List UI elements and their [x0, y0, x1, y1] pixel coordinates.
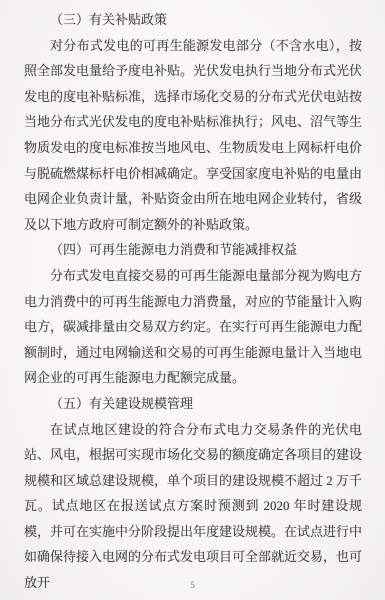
document-page: （三）有关补贴政策 对分布式发电的可再生能源发电部分（不含水电），按照全部发电量…: [0, 0, 385, 600]
paragraph-construction-scale-management: 在试点地区建设的符合分布式电力交易条件的光伏电站、风电，根据可实现市场化交易的额…: [24, 417, 362, 596]
document-body: （三）有关补贴政策 对分布式发电的可再生能源发电部分（不含水电），按照全部发电量…: [24, 7, 362, 596]
page-number: 5: [0, 580, 385, 590]
paragraph-subsidy-policy: 对分布式发电的可再生能源发电部分（不含水电），按照全部发电量给予度电补贴。光伏发…: [24, 33, 362, 238]
paragraph-renewable-consumption-rights: 分布式发电直接交易的可再生能源电量部分视为购电方电力消费中的可再生能源电力消费量…: [24, 263, 362, 391]
section-heading-construction-scale-management: （五）有关建设规模管理: [24, 391, 362, 417]
section-heading-subsidy-policy: （三）有关补贴政策: [24, 7, 362, 33]
section-heading-renewable-consumption-rights: （四）可再生能源电力消费和节能减排权益: [24, 237, 362, 263]
